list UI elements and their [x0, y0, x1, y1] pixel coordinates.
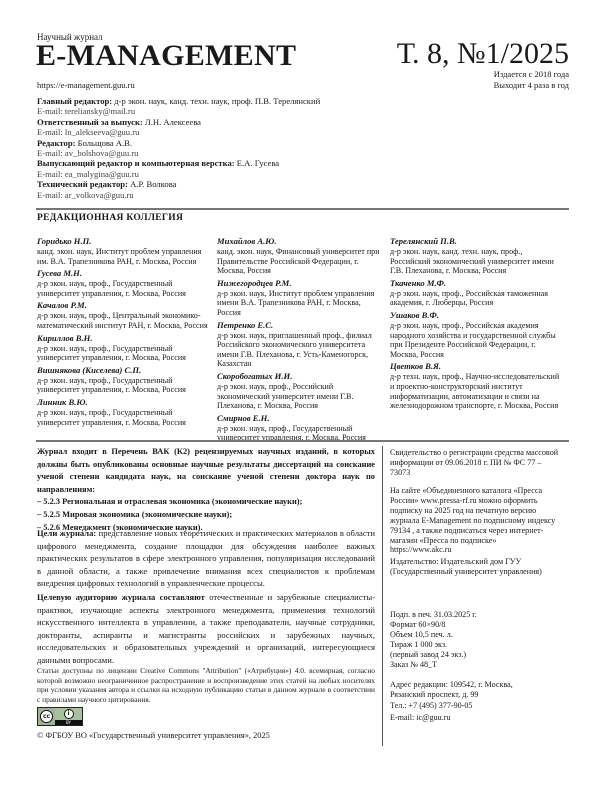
- board-member: Качалов Р.М.д-р экон. наук, проф., Центр…: [37, 300, 209, 330]
- member-affiliation: д-р экон. наук, проф., Государственный у…: [37, 376, 209, 395]
- column-separator: [382, 446, 383, 746]
- staff-role: Выпускающий редактор и компьютерная верс…: [37, 158, 235, 168]
- journal-url[interactable]: https://e-management.guu.ru: [37, 80, 135, 90]
- member-name: Кириллов В.Н.: [37, 333, 209, 344]
- board-member: Ушаков В.Ф.д-р экон. наук, проф., Россий…: [390, 310, 560, 359]
- board-member: Вишнякова (Киселева) С.П.д-р экон. наук,…: [37, 365, 209, 395]
- member-name: Петренко Е.С.: [217, 320, 385, 331]
- member-name: Гусева М.Н.: [37, 268, 209, 279]
- license-text: Статьи доступны по лицензии Creative Com…: [37, 666, 375, 704]
- editorial-address: Адрес редакции: 109542, г. Москва, Рязан…: [390, 680, 540, 700]
- board-column-2: Михайлов А.Ю.канд. экон. наук, Финансовы…: [217, 236, 385, 445]
- staff-person: Л.Н. Алексеева: [143, 117, 201, 127]
- subscription-info: На сайте «Объединенного каталога «Пресса…: [390, 486, 558, 555]
- member-name: Вишнякова (Киселева) С.П.: [37, 365, 209, 376]
- board-member: Терелянский П.В.д-р экон. наук, канд. те…: [390, 236, 560, 276]
- issue-number: Т. 8, №1/2025: [378, 38, 569, 70]
- staff-email[interactable]: E-mail: ln_alekseeva@guu.ru: [37, 127, 367, 137]
- staff-entry: Ответственный за выпуск: Л.Н. Алексеева: [37, 117, 367, 127]
- member-affiliation: д-р экон. наук, канд. техн. наук, проф.,…: [390, 247, 560, 276]
- since-text: Издается с 2018 года: [378, 69, 569, 79]
- frequency-text: Выходит 4 раза в год: [378, 80, 569, 90]
- staff-person: Больщова А.В.: [75, 138, 132, 148]
- board-member: Гусева М.Н.д-р экон. наук, проф., Госуда…: [37, 268, 209, 298]
- member-name: Михайлов А.Ю.: [217, 236, 385, 247]
- member-affiliation: д-р экон. наук, проф., Государственный у…: [37, 408, 209, 427]
- member-affiliation: д-р экон. наук, приглашенный проф., фили…: [217, 331, 385, 369]
- board-member: Петренко Е.С.д-р экон. наук, приглашенны…: [217, 320, 385, 369]
- member-affiliation: д-р техн. наук, проф., Научно-исследоват…: [390, 372, 560, 410]
- staff-person: Е.А. Гусева: [235, 158, 279, 168]
- attribution-icon: i: [64, 709, 74, 719]
- member-affiliation: д-р экон. наук, проф., Центральный эконо…: [37, 311, 209, 330]
- staff-entry: Редактор: Больщова А.В.: [37, 138, 367, 148]
- staff-role: Редактор:: [37, 138, 75, 148]
- vak-intro: Журнал входит в Перечень ВАК (К2) реценз…: [37, 446, 375, 496]
- member-name: Горидько Н.П.: [37, 236, 209, 247]
- board-heading: РЕДАКЦИОННАЯ КОЛЛЕГИЯ: [37, 213, 183, 223]
- staff-email[interactable]: E-mail: ea_malygina@guu.ru: [37, 169, 367, 179]
- print-line: Заказ № 48_Т: [390, 660, 560, 670]
- board-column-3: Терелянский П.В.д-р экон. наук, канд. те…: [390, 236, 560, 413]
- staff-person: д-р экон. наук, канд. техн. наук, проф. …: [112, 96, 320, 106]
- board-member: Михайлов А.Ю.канд. экон. наук, Финансовы…: [217, 236, 385, 276]
- vak-item: – 5.2.5 Мировая экономика (экономические…: [37, 509, 375, 522]
- divider-middle: [36, 440, 569, 442]
- print-details: Подп. в печ. 31.03.2025 г. Формат 60×90/…: [390, 610, 560, 669]
- board-column-1: Горидько Н.П.канд. экон. наук, Институт …: [37, 236, 209, 429]
- member-affiliation: д-р экон. наук, проф., Российская академ…: [390, 321, 560, 359]
- print-line: Тираж 1 000 экз.: [390, 640, 560, 650]
- staff-email[interactable]: E-mail: terelianskу@mail.ru: [37, 106, 367, 116]
- vak-block: Журнал входит в Перечень ВАК (К2) реценз…: [37, 446, 375, 534]
- member-affiliation: д-р экон. наук, проф., Государственный у…: [37, 344, 209, 363]
- board-member: Скоробогатых И.И.д-р экон. наук, проф., …: [217, 371, 385, 411]
- staff-role: Главный редактор:: [37, 96, 112, 106]
- divider-top: [36, 208, 569, 210]
- member-affiliation: д-р экон. наук, проф., Российский эконом…: [217, 382, 385, 411]
- member-name: Линник В.Ю.: [37, 397, 209, 408]
- print-line: Подп. в печ. 31.03.2025 г.: [390, 610, 560, 620]
- board-member: Смирнов Е.Н.д-р экон. наук, проф., Госуд…: [217, 413, 385, 443]
- member-name: Смирнов Е.Н.: [217, 413, 385, 424]
- member-name: Качалов Р.М.: [37, 300, 209, 311]
- staff-person: А.Р. Волкова: [128, 179, 177, 189]
- editorial-staff: Главный редактор: д-р экон. наук, канд. …: [37, 96, 367, 200]
- member-name: Цветков В.Я.: [390, 361, 560, 372]
- editorial-phone: Тел.: +7 (495) 377-90-05: [390, 701, 472, 711]
- staff-entry: Выпускающий редактор и компьютерная верс…: [37, 158, 367, 168]
- member-name: Ушаков В.Ф.: [390, 310, 560, 321]
- audience-text: отечественные и зарубежные специалисты-п…: [37, 592, 375, 665]
- member-affiliation: канд. экон. наук, Институт проблем управ…: [37, 247, 209, 266]
- print-line: Объем 10,5 печ. л.: [390, 630, 560, 640]
- board-member: Горидько Н.П.канд. экон. наук, Институт …: [37, 236, 209, 266]
- staff-email[interactable]: E-mail: av_bolshova@guu.ru: [37, 148, 367, 158]
- staff-entry: Технический редактор: А.Р. Волкова: [37, 179, 367, 189]
- member-affiliation: д-р экон. наук, Институт проблем управле…: [217, 289, 385, 318]
- print-line: Формат 60×90/8: [390, 620, 560, 630]
- editorial-email[interactable]: E-mail: ic@guu.ru: [390, 713, 451, 723]
- cc-by-badge[interactable]: cc i BY: [37, 707, 83, 726]
- staff-email[interactable]: E-mail: ar_volkova@guu.ru: [37, 190, 367, 200]
- staff-role: Технический редактор:: [37, 179, 128, 189]
- copyright: © ФГБОУ ВО «Государственный университет …: [37, 731, 270, 740]
- vak-item: – 5.2.3 Региональная и отраслевая эконом…: [37, 496, 375, 509]
- staff-role: Ответственный за выпуск:: [37, 117, 143, 127]
- member-name: Нижегородцев Р.М.: [217, 278, 385, 289]
- board-member: Ткаченко М.Ф.д-р экон. наук, проф., Росс…: [390, 278, 560, 308]
- board-member: Нижегородцев Р.М.д-р экон. наук, Институ…: [217, 278, 385, 318]
- member-name: Ткаченко М.Ф.: [390, 278, 560, 289]
- journal-title: E-MANAGEMENT: [36, 40, 296, 72]
- print-line: (первый завод 24 экз.): [390, 650, 560, 660]
- board-member: Цветков В.Я.д-р техн. наук, проф., Научн…: [390, 361, 560, 410]
- audience-label: Целевую аудиторию журнала составляют: [37, 592, 205, 602]
- member-name: Скоробогатых И.И.: [217, 371, 385, 382]
- by-label: BY: [55, 720, 82, 725]
- goals-paragraph: Цели журнала: представление новых теорет…: [37, 527, 375, 590]
- member-name: Терелянский П.В.: [390, 236, 560, 247]
- member-affiliation: канд. экон. наук, Финансовый университет…: [217, 247, 385, 276]
- publisher-info: Издательство: Издательский дом ГУУ (Госу…: [390, 557, 558, 577]
- board-member: Линник В.Ю.д-р экон. наук, проф., Госуда…: [37, 397, 209, 427]
- member-affiliation: д-р экон. наук, проф., Российская таможе…: [390, 289, 560, 308]
- member-affiliation: д-р экон. наук, проф., Государственный у…: [37, 279, 209, 298]
- audience-paragraph: Целевую аудиторию журнала составляют оте…: [37, 591, 375, 667]
- cc-icon: cc: [40, 710, 53, 723]
- staff-entry: Главный редактор: д-р экон. наук, канд. …: [37, 96, 367, 106]
- registration-info: Свидетельство о регистрации средства мас…: [390, 448, 560, 478]
- goals-label: Цели журнала:: [37, 528, 96, 538]
- board-member: Кириллов В.Н.д-р экон. наук, проф., Госу…: [37, 333, 209, 363]
